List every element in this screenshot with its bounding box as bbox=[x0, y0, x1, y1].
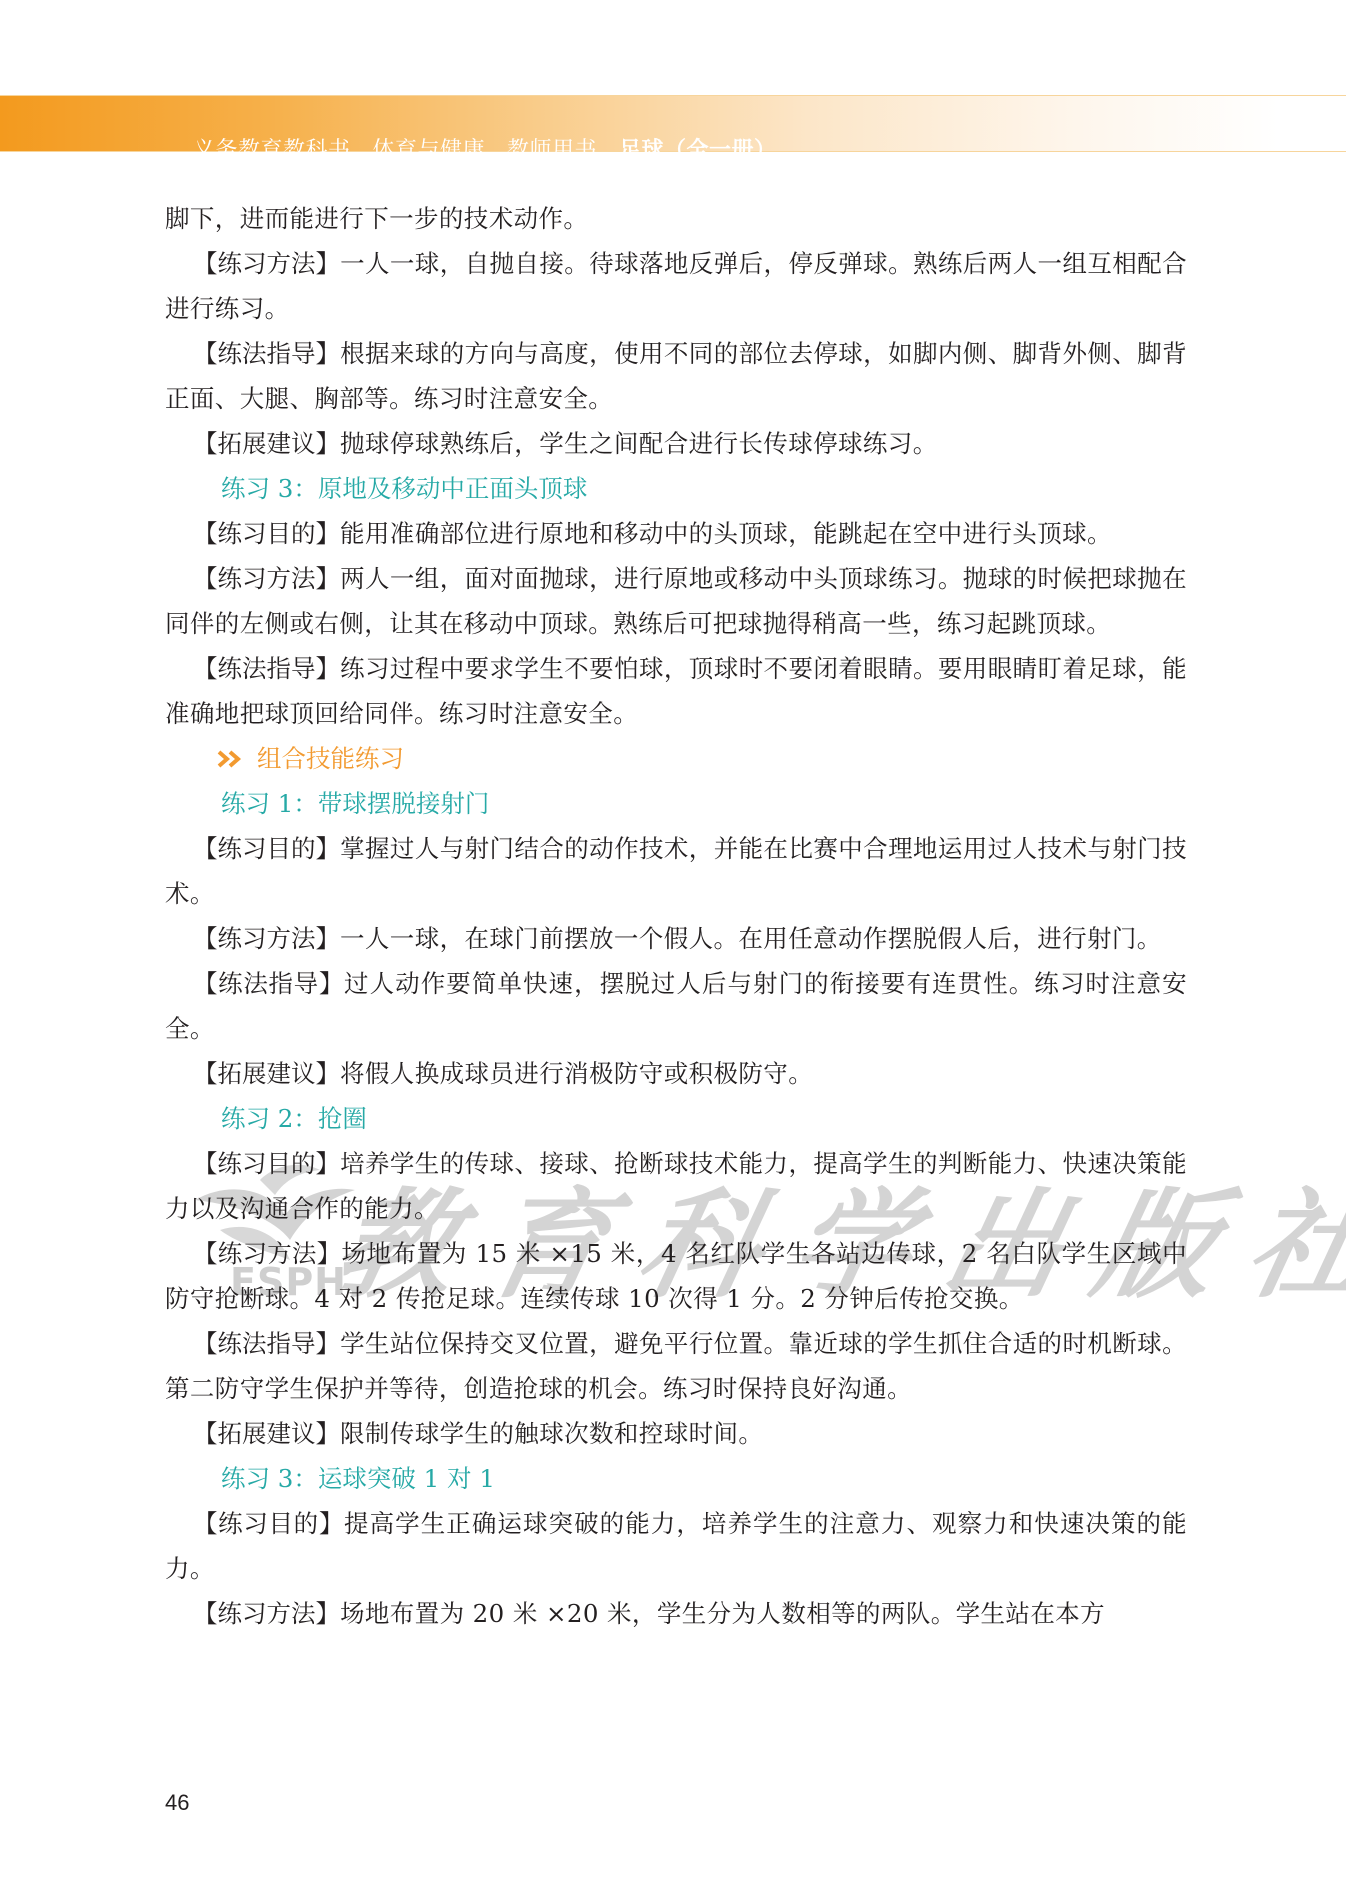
page-body: 脚下，进而能进行下一步的技术动作。 【练习方法】一人一球，自抛自接。待球落地反弹… bbox=[165, 196, 1187, 1636]
label-method: 【练习方法】 bbox=[193, 564, 340, 593]
running-header-title: 义务教育教科书体育与健康教师用书足球（全一册） bbox=[163, 108, 799, 189]
combined-exercise-2-heading: 练习 2：抢圈 bbox=[165, 1096, 1187, 1141]
paragraph-method: 【练习方法】场地布置为 15 米 ×15 米，4 名红队学生各站边传球，2 名白… bbox=[165, 1231, 1187, 1321]
label-goal: 【练习目的】 bbox=[193, 834, 340, 863]
paragraph-method: 【练习方法】两人一组，面对面抛球，进行原地或移动中头顶球练习。抛球的时候把球抛在… bbox=[165, 556, 1187, 646]
label-guide: 【练法指导】 bbox=[193, 339, 340, 368]
page-number: 46 bbox=[165, 1790, 189, 1816]
paragraph-extend: 【拓展建议】将假人换成球员进行消极防守或积极防守。 bbox=[165, 1051, 1187, 1096]
section-heading-text: 组合技能练习 bbox=[257, 736, 404, 781]
text-method: 一人一球，在球门前摆放一个假人。在用任意动作摆脱假人后，进行射门。 bbox=[340, 924, 1162, 953]
paragraph-method: 【练习方法】场地布置为 20 米 ×20 米，学生分为人数相等的两队。学生站在本… bbox=[165, 1591, 1187, 1636]
label-goal: 【练习目的】 bbox=[193, 1509, 344, 1538]
paragraph-goal: 【练习目的】掌握过人与射门结合的动作技术，并能在比赛中合理地运用过人技术与射门技… bbox=[165, 826, 1187, 916]
label-extend: 【拓展建议】 bbox=[193, 1059, 340, 1088]
double-chevron-right-icon bbox=[217, 749, 243, 769]
label-extend: 【拓展建议】 bbox=[193, 429, 340, 458]
paragraph-guide: 【练法指导】根据来球的方向与高度，使用不同的部位去停球，如脚内侧、脚背外侧、脚背… bbox=[165, 331, 1187, 421]
combined-exercise-1-heading: 练习 1：带球摆脱接射门 bbox=[165, 781, 1187, 826]
exercise-3-heading: 练习 3：原地及移动中正面头顶球 bbox=[165, 466, 1187, 511]
running-header-band: 义务教育教科书体育与健康教师用书足球（全一册） bbox=[0, 95, 1346, 152]
header-subject: 体育与健康 bbox=[373, 138, 486, 163]
text-extend: 限制传球学生的触球次数和控球时间。 bbox=[340, 1419, 763, 1448]
paragraph-goal: 【练习目的】能用准确部位进行原地和移动中的头顶球，能跳起在空中进行头顶球。 bbox=[165, 511, 1187, 556]
header-book-type: 教师用书 bbox=[507, 138, 597, 163]
section-heading-combined-skills: 组合技能练习 bbox=[165, 736, 1187, 781]
paragraph-continuation: 脚下，进而能进行下一步的技术动作。 bbox=[165, 196, 1187, 241]
header-series: 义务教育教科书 bbox=[193, 138, 351, 163]
paragraph-method: 【练习方法】一人一球，自抛自接。待球落地反弹后，停反弹球。熟练后两人一组互相配合… bbox=[165, 241, 1187, 331]
label-method: 【练习方法】 bbox=[193, 249, 340, 278]
label-guide: 【练法指导】 bbox=[193, 1329, 340, 1358]
paragraph-goal: 【练习目的】提高学生正确运球突破的能力，培养学生的注意力、观察力和快速决策的能力… bbox=[165, 1501, 1187, 1591]
paragraph-guide: 【练法指导】过人动作要简单快速，摆脱过人后与射门的衔接要有连贯性。练习时注意安全… bbox=[165, 961, 1187, 1051]
label-guide: 【练法指导】 bbox=[193, 969, 344, 998]
label-extend: 【拓展建议】 bbox=[193, 1419, 340, 1448]
paragraph-method: 【练习方法】一人一球，在球门前摆放一个假人。在用任意动作摆脱假人后，进行射门。 bbox=[165, 916, 1187, 961]
paragraph-extend: 【拓展建议】限制传球学生的触球次数和控球时间。 bbox=[165, 1411, 1187, 1456]
label-goal: 【练习目的】 bbox=[193, 1149, 340, 1178]
text-goal: 能用准确部位进行原地和移动中的头顶球，能跳起在空中进行头顶球。 bbox=[340, 519, 1112, 548]
paragraph-goal: 【练习目的】培养学生的传球、接球、抢断球技术能力，提高学生的判断能力、快速决策能… bbox=[165, 1141, 1187, 1231]
label-guide: 【练法指导】 bbox=[193, 654, 340, 683]
label-method: 【练习方法】 bbox=[193, 1239, 341, 1268]
text-method: 场地布置为 20 米 ×20 米，学生分为人数相等的两队。学生站在本方 bbox=[340, 1599, 1105, 1628]
header-volume: 足球（全一册） bbox=[619, 138, 777, 163]
combined-exercise-3-heading: 练习 3：运球突破 1 对 1 bbox=[165, 1456, 1187, 1501]
paragraph-guide: 【练法指导】学生站位保持交叉位置，避免平行位置。靠近球的学生抓住合适的时机断球。… bbox=[165, 1321, 1187, 1411]
label-goal: 【练习目的】 bbox=[193, 519, 340, 548]
text-extend: 将假人换成球员进行消极防守或积极防守。 bbox=[340, 1059, 813, 1088]
paragraph-guide: 【练法指导】练习过程中要求学生不要怕球，顶球时不要闭着眼睛。要用眼睛盯着足球，能… bbox=[165, 646, 1187, 736]
label-method: 【练习方法】 bbox=[193, 1599, 340, 1628]
paragraph-extend: 【拓展建议】抛球停球熟练后，学生之间配合进行长传球停球练习。 bbox=[165, 421, 1187, 466]
text-extend: 抛球停球熟练后，学生之间配合进行长传球停球练习。 bbox=[340, 429, 938, 458]
label-method: 【练习方法】 bbox=[193, 924, 340, 953]
